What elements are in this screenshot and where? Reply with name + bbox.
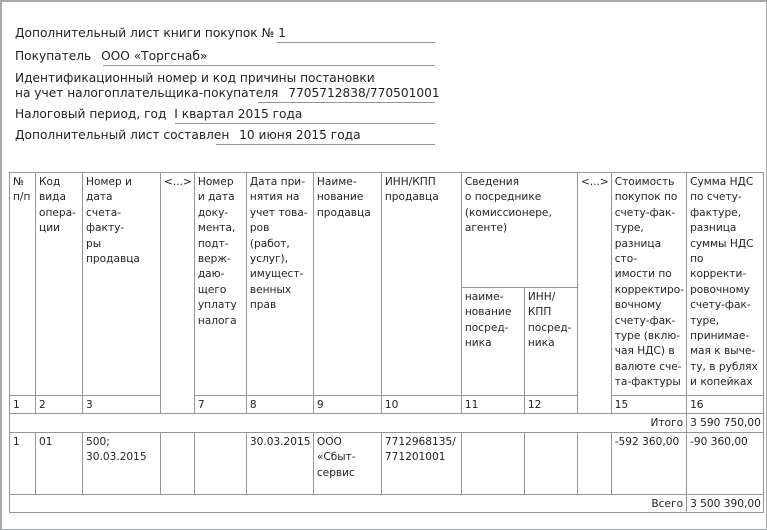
buyer-value[interactable]: ООО «Торгснаб» (101, 49, 207, 64)
cell-payment-doc[interactable] (194, 432, 246, 494)
cell-omitted-2[interactable] (577, 432, 611, 494)
cell-seller-inn[interactable]: 7712968135/ 771201001 (381, 432, 461, 494)
underline (277, 42, 435, 43)
cell-agent-inn[interactable] (524, 432, 577, 494)
cell-agent-name[interactable] (461, 432, 524, 494)
total-value: 3 500 390,00 (687, 494, 764, 512)
purchase-ledger-table: № п/п Код вида опера- ции Номер и дата с… (9, 172, 764, 513)
col-header-seller-name: Наиме- нование продавца (313, 173, 381, 396)
col-header-intermediary: Сведения о посреднике (комиссионере, аге… (461, 173, 577, 288)
inn-label-1: Идентификационный номер и код причины по… (15, 71, 375, 85)
col-number: 16 (687, 396, 764, 414)
col-number: 10 (381, 396, 461, 414)
col-number: 8 (246, 396, 313, 414)
table-row[interactable]: 1 01 500; 30.03.2015 30.03.2015 ООО «Сбы… (10, 432, 764, 494)
cell-op-code[interactable]: 01 (36, 432, 83, 494)
col-header-row-number: № п/п (10, 173, 36, 396)
compiled-value[interactable]: 10 июня 2015 года (239, 128, 360, 143)
col-number: 1 (10, 396, 36, 414)
column-number-row: 1 2 3 7 8 9 10 11 12 15 16 (10, 396, 764, 414)
col-header-invoice: Номер и дата счета-факту- ры продавца (83, 173, 161, 396)
col-header-vat: Сумма НДС по счету- фактуре, разница сум… (687, 173, 764, 396)
cell-invoice[interactable]: 500; 30.03.2015 (83, 432, 161, 494)
cell-omitted[interactable] (161, 432, 195, 494)
col-number: 7 (194, 396, 246, 414)
col-header-accept-date: Дата при- нятия на учет това- ров (работ… (246, 173, 313, 396)
period-value[interactable]: I квартал 2015 года (174, 107, 302, 122)
buyer-line: Покупатель ООО «Торгснаб» (15, 49, 207, 64)
col-header-payment-doc: Номер и дата доку- мента, подт- верж- да… (194, 173, 246, 396)
sheet-title-label: Дополнительный лист книги покупок № 1 (15, 26, 286, 40)
cell-accept-date[interactable]: 30.03.2015 (246, 432, 313, 494)
inn-line: на учет налогоплательщика-покупателя 770… (15, 86, 440, 101)
sheet-title-line: Дополнительный лист книги покупок № 1 (15, 26, 286, 41)
col-header-omitted: <...> (161, 173, 195, 414)
col-header-omitted-2: <...> (577, 173, 611, 414)
inn-label-2: на учет налогоплательщика-покупателя (15, 86, 278, 100)
total-row: Всего 3 500 390,00 (10, 494, 764, 512)
col-header-agent-inn: ИНН/ КПП посред- ника (524, 288, 577, 396)
col-header-seller-inn: ИНН/КПП продавца (381, 173, 461, 396)
subtotal-value: 3 590 750,00 (687, 414, 764, 432)
inn-value[interactable]: 7705712838/770501001 (288, 86, 439, 101)
period-label: Налоговый период, год (15, 107, 166, 121)
col-number: 9 (313, 396, 381, 414)
underline (103, 65, 435, 66)
subtotal-row: Итого 3 590 750,00 (10, 414, 764, 432)
col-number: 12 (524, 396, 577, 414)
buyer-label: Покупатель (15, 49, 91, 63)
cell-row-number[interactable]: 1 (10, 432, 36, 494)
cell-vat[interactable]: -90 360,00 (687, 432, 764, 494)
compiled-label: Дополнительный лист составлен (15, 128, 229, 142)
cell-cost[interactable]: -592 360,00 (611, 432, 686, 494)
col-header-agent-name: наиме- нование посред- ника (461, 288, 524, 396)
header-row: № п/п Код вида опера- ции Номер и дата с… (10, 173, 764, 288)
underline (216, 144, 435, 145)
inn-label-line-1: Идентификационный номер и код причины по… (15, 71, 375, 86)
underline (258, 102, 435, 103)
col-header-op-code: Код вида опера- ции (36, 173, 83, 396)
col-number: 15 (611, 396, 686, 414)
col-header-cost: Стоимость покупок по счету-фак- туре, ра… (611, 173, 686, 396)
col-number: 11 (461, 396, 524, 414)
cell-seller-name[interactable]: ООО «Сбыт- сервис (313, 432, 381, 494)
col-number: 3 (83, 396, 161, 414)
subtotal-label: Итого (10, 414, 687, 432)
total-label: Всего (10, 494, 687, 512)
col-number: 2 (36, 396, 83, 414)
underline (175, 123, 435, 124)
period-line: Налоговый период, год I квартал 2015 год… (15, 107, 302, 122)
compiled-line: Дополнительный лист составлен 10 июня 20… (15, 128, 361, 143)
